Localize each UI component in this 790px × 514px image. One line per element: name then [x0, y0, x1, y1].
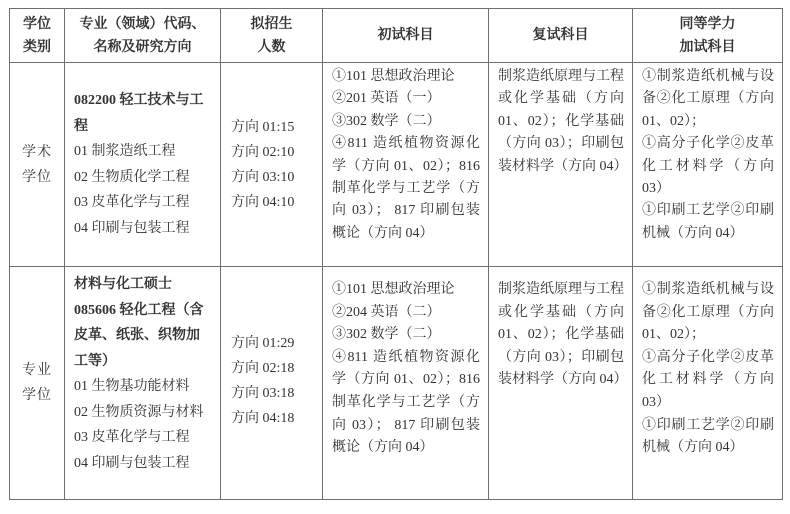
admissions-table: 学位类别 专业（领域）代码、名称及研究方向 拟招生人数 初试科目 复试科目 同等… [9, 8, 783, 500]
cell-academic-additional-exams: ①制浆造纸机械与设备②化工原理（方向 01、02）；①高分子化学②皮革化工材料学… [633, 63, 783, 267]
academic-program-title: 082200 轻工技术与工程 [74, 88, 212, 139]
professional-program-title: 材料与化工硕士085606 轻化工程（含皮革、纸张、织物加工等） [74, 272, 212, 374]
professional-program-directions: 01 生物基功能材料02 生物质资源与材料03 皮革化学与工程04 印刷与包装工… [74, 374, 212, 476]
cell-academic-initial-exams: ①101 思想政治理论②201 英语（一）③302 数学（二）④811 造纸植物… [323, 63, 489, 267]
academic-program-directions: 01 制浆造纸工程02 生物质化学工程03 皮革化学与工程04 印刷与包装工程 [74, 139, 212, 241]
cell-professional-enrollment: 方向 01:29方向 02:18方向 03:18方向 04:18 [221, 267, 323, 500]
header-degree-category: 学位类别 [10, 9, 65, 63]
cell-professional-retest-exams: 制浆造纸原理与工程或化学基础（方向 01、02）；化学基础（方向 03）；印刷包… [489, 267, 633, 500]
cell-professional-degree-category: 专业学位 [10, 267, 65, 500]
cell-professional-program: 材料与化工硕士085606 轻化工程（含皮革、纸张、织物加工等） 01 生物基功… [65, 267, 221, 500]
cell-academic-enrollment: 方向 01:15方向 02:10方向 03:10方向 04:10 [221, 63, 323, 267]
header-program-code-name: 专业（领域）代码、名称及研究方向 [65, 9, 221, 63]
header-initial-exam-subjects: 初试科目 [323, 9, 489, 63]
cell-professional-additional-exams: ①制浆造纸机械与设备②化工原理（方向 01、02）；①高分子化学②皮革化工材料学… [633, 267, 783, 500]
cell-professional-initial-exams: ①101 思想政治理论②204 英语（二）③302 数学（二）④811 造纸植物… [323, 267, 489, 500]
cell-academic-retest-exams: 制浆造纸原理与工程或化学基础（方向 01、02）；化学基础（方向 03）；印刷包… [489, 63, 633, 267]
header-equivalent-education-extra-subjects: 同等学力加试科目 [633, 9, 783, 63]
header-planned-enrollment: 拟招生人数 [221, 9, 323, 63]
cell-academic-program: 082200 轻工技术与工程 01 制浆造纸工程02 生物质化学工程03 皮革化… [65, 63, 221, 267]
cell-academic-degree-category: 学术学位 [10, 63, 65, 267]
header-retest-subjects: 复试科目 [489, 9, 633, 63]
